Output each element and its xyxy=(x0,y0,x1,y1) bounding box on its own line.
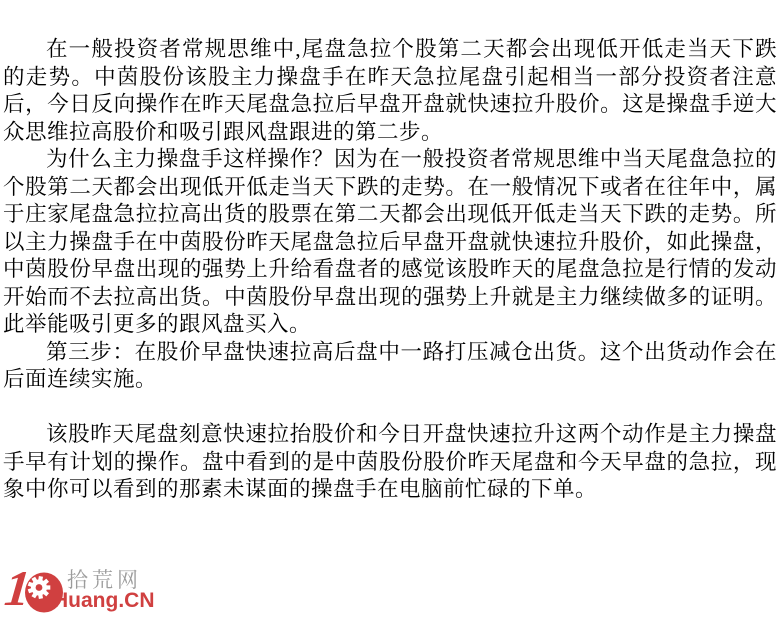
paragraph-2: 为什么主力操盘手这样操作？因为在一般投资者常规思维中当天尾盘急拉的个股第二天都会… xyxy=(3,146,777,339)
paragraph-1: 在一般投资者常规思维中,尾盘急拉个股第二天都会出现低开低走当天下跌的走势。中茵股… xyxy=(3,36,777,146)
document-page: 在一般投资者常规思维中,尾盘急拉个股第二天都会出现低开低走当天下跌的走势。中茵股… xyxy=(0,0,782,621)
site-watermark-logo: 1 拾荒网 Huang.CN xyxy=(3,571,183,617)
article-body: 在一般投资者常规思维中,尾盘急拉个股第二天都会出现低开低走当天下跌的走势。中茵股… xyxy=(3,36,777,504)
paragraph-3: 第三步：在股价早盘快速拉高后盘中一路打压减仓出货。这个出货动作会在后面连续实施。 xyxy=(3,339,777,394)
paragraph-4: 该股昨天尾盘刻意快速拉抬股价和今日开盘快速拉升这两个动作是主力操盘手早有计划的操… xyxy=(3,421,777,504)
site-domain: Huang.CN xyxy=(53,590,155,612)
